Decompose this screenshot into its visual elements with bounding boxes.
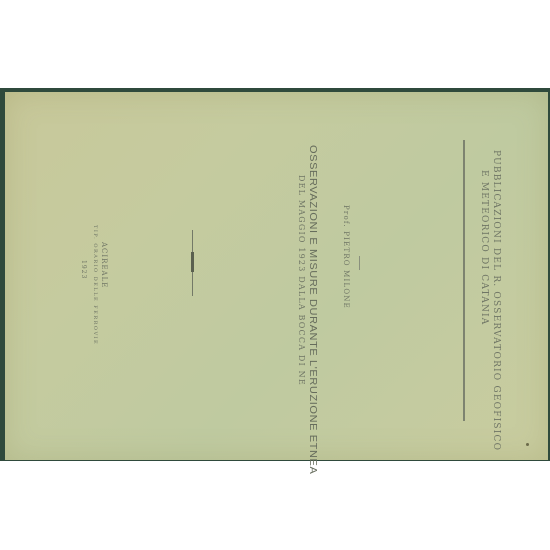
title-line-1: OSSERVAZIONI E MISURE DURANTE L'ERUZIONE… bbox=[307, 145, 318, 474]
author-dash bbox=[359, 256, 360, 270]
author: Prof. PIETRO MILONE bbox=[342, 205, 350, 309]
header-rule bbox=[463, 140, 465, 421]
printer: TIP. ORARIO DELLE FERROVIE bbox=[92, 225, 98, 345]
stain-spot bbox=[526, 443, 529, 446]
ornament-divider bbox=[192, 230, 193, 296]
publication-place: ACIREALE bbox=[100, 242, 108, 288]
title-line-2: DEL MAGGIO 1923 DALLA BOCCA DI NE bbox=[297, 175, 306, 386]
series-line-2: E METEORICO DI CATANIA bbox=[479, 170, 489, 326]
series-line-1: PUBBLICAZIONI DEL R. OSSERVATORIO GEOFIS… bbox=[491, 150, 501, 451]
publication-year: 1923 bbox=[80, 260, 87, 279]
